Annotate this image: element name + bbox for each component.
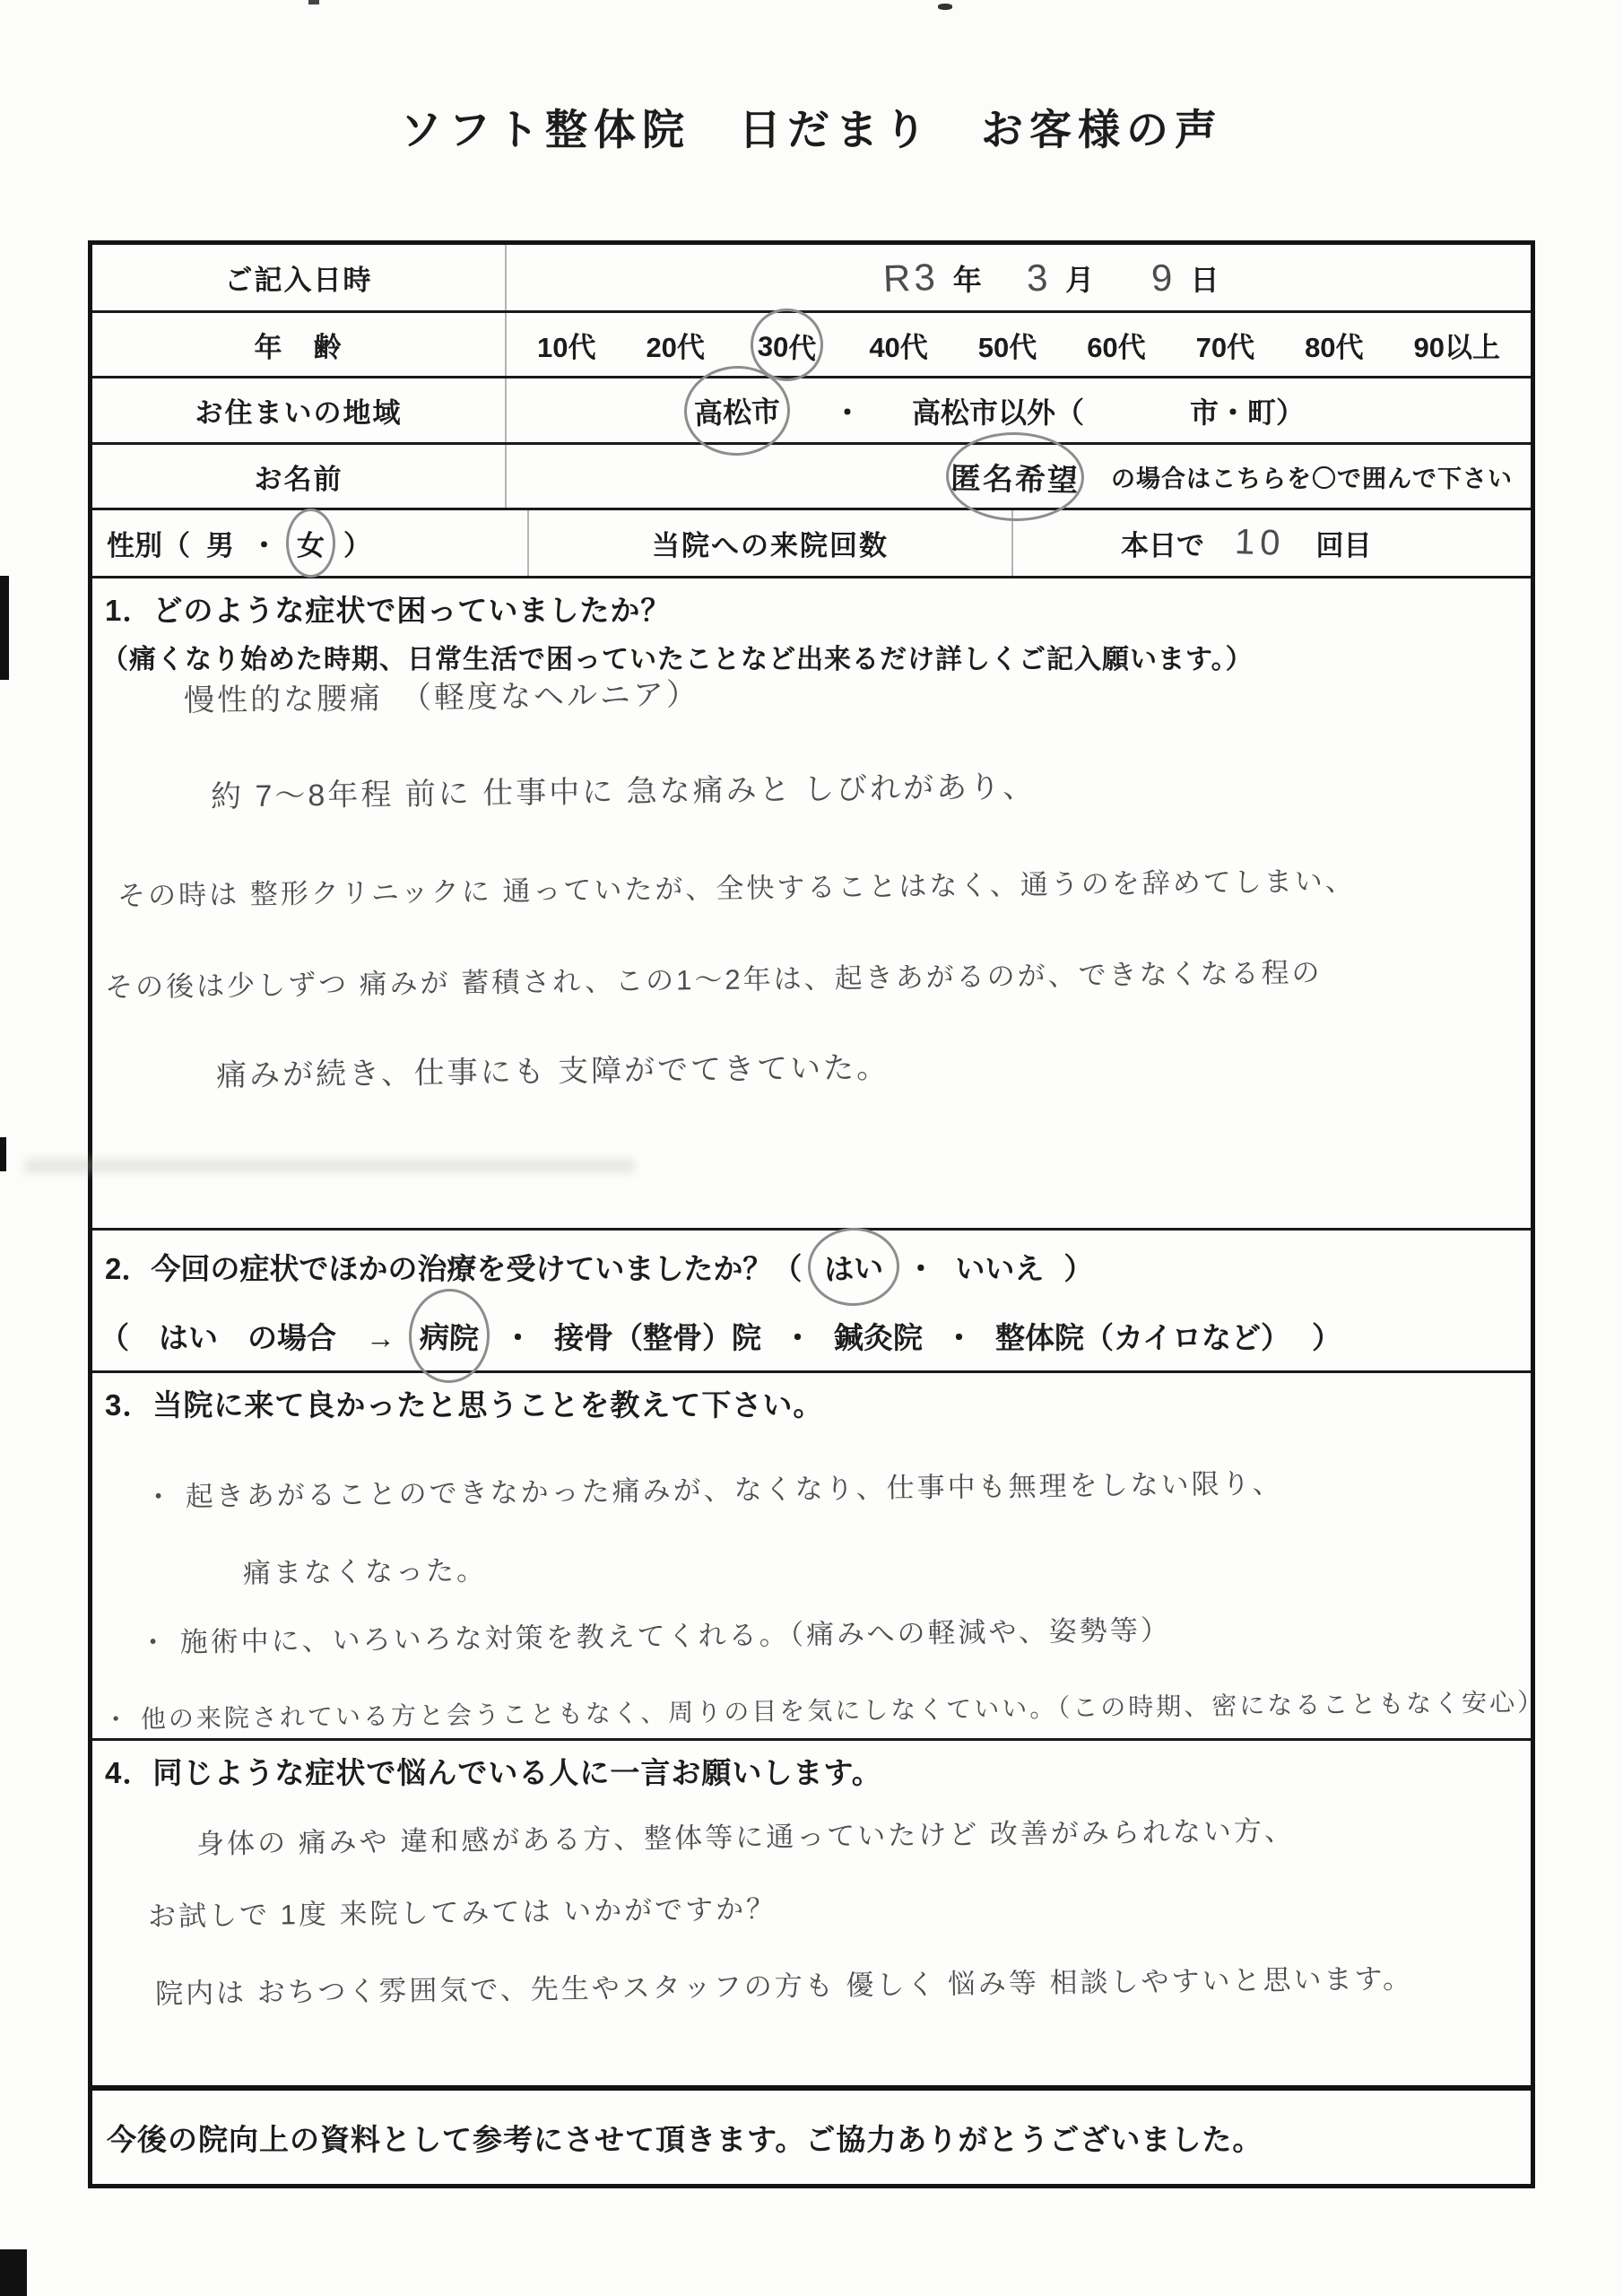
scan-smudge — [25, 1159, 635, 1173]
q3-answer-line: 痛まなくなった。 — [243, 1547, 488, 1590]
gender-prefix: 性別（ — [107, 523, 190, 563]
region-options: 高松市 ・ 高松市以外（ 市・町） — [507, 387, 1531, 434]
footer-text: 今後の院向上の資料として参考にさせて頂きます。ご協力ありがとうございました。 — [107, 2117, 1263, 2159]
age-option: 60代 — [1087, 325, 1145, 365]
footer-section: 今後の院向上の資料として参考にさせて頂きます。ご協力ありがとうございました。 — [92, 2091, 1531, 2184]
question-2-section: 2．今回の症状でほかの治療を受けていましたか？（ はい ・ いいえ ） （ はい… — [92, 1243, 1531, 1373]
date-month-unit: 月 — [1065, 257, 1094, 299]
q2-treatment-separator: ・ — [783, 1315, 812, 1357]
age-label: 年 齢 — [92, 313, 507, 376]
date-month-handwritten: 3 — [1026, 256, 1052, 300]
region-option-other-suffix: 市・町） — [1190, 390, 1305, 431]
q4-answer-line: 院内は おちつく雰囲気で、先生やスタッフの方も 優しく 悩み等 相談しやすいと思… — [155, 1955, 1413, 2011]
q2-treatment-option: 鍼灸院 — [834, 1315, 923, 1357]
q1-answer-line: 慢性的な腰痛 （軽度なヘルニア） — [184, 669, 700, 719]
age-option: 20代 — [646, 325, 704, 365]
age-option: 70代 — [1196, 325, 1254, 365]
q2-treatment-option: 整体院（カイロなど） — [995, 1315, 1290, 1357]
selection-circle-anonymous: 匿名希望 — [945, 430, 1085, 522]
date-label: ご記入日時 — [92, 245, 507, 310]
age-options: 10代 20代 30代 40代 50代 60代 70代 80代 90以上 — [507, 322, 1531, 368]
q3-answer-line: ・ 他の来院されている方と会うこともなく、周りの目を気にしなくていい。（この時期… — [103, 1683, 1546, 1736]
visits-suffix: 回目 — [1316, 523, 1372, 563]
question-1-heading: 1．どのような症状で困っていましたか？ — [105, 587, 1531, 630]
q2-option-yes: はい — [824, 1251, 884, 1286]
age-option: 50代 — [978, 325, 1037, 365]
selection-circle-yes: はい — [807, 1226, 901, 1308]
region-option-takamatsu: 高松市 — [693, 395, 780, 430]
visits-prefix: 本日で — [1121, 523, 1204, 563]
question-4-heading: 4．同じような症状で悩んでいる人に一言お願いします。 — [105, 1750, 1531, 1792]
q2-sub-suffix: ） — [1312, 1315, 1341, 1357]
scan-artifact — [0, 1137, 6, 1171]
visits-label: 当院への来院回数 — [529, 510, 1013, 576]
question-2-heading: 2．今回の症状でほかの治療を受けていましたか？（ はい ・ いいえ ） — [105, 1243, 1531, 1291]
gender-option-female: 女 — [297, 530, 325, 561]
region-option-other: 高松市以外（ — [912, 390, 1084, 431]
scan-artifact — [0, 576, 9, 680]
question-1-section: 1．どのような症状で困っていましたか？ （痛くなり始めた時期、日常生活で困ってい… — [92, 587, 1531, 1231]
date-day-unit: 日 — [1190, 257, 1219, 299]
age-option: 40代 — [869, 325, 927, 365]
page-title: ソフト整体院 日だまり お客様の声 — [0, 97, 1623, 157]
question-3-section: 3．当院に来て良かったと思うことを教えて下さい。 ・ 起きあがることのできなかっ… — [92, 1382, 1531, 1741]
question-3-heading: 3．当院に来て良かったと思うことを教えて下さい。 — [105, 1382, 1531, 1424]
date-day-handwritten: 9 — [1150, 256, 1176, 300]
question-2-subline: （ はい の場合 → 病院 ・ 接骨（整骨）院 ・ 鍼灸院 ・ 整体院（カイロな… — [100, 1312, 1531, 1360]
q2-sub-prefix: （ はい の場合 → — [100, 1315, 395, 1357]
gender-separator: ・ — [250, 523, 278, 563]
region-row: お住まいの地域 高松市 ・ 高松市以外（ 市・町） — [92, 378, 1531, 445]
q1-answer-line: 約 7～8年程 前に 仕事中に 急な痛みと しびれがあり、 — [211, 761, 1037, 815]
date-row: ご記入日時 R3 年 3 月 9 日 — [92, 245, 1531, 313]
q2-treatment-separator: ・ — [503, 1315, 533, 1357]
anonymous-option: 匿名希望 — [950, 461, 1081, 498]
q1-answer-line: その時は 整形クリニックに 通っていたが、全快することはなく、通うのを辞めてしま… — [117, 858, 1356, 914]
name-label: お名前 — [92, 445, 507, 508]
q3-answer-line: ・ 施術中に、いろいろな対策を教えてくれる。（痛みへの軽減や、姿勢等） — [139, 1607, 1171, 1660]
question-1-note: （痛くなり始めた時期、日常生活で困っていたことなど出来るだけ詳しくご記入願います… — [101, 637, 1531, 676]
age-option-selected: 30代 — [757, 330, 817, 364]
selection-circle-hospital: 病院 — [407, 1287, 491, 1384]
region-separator: ・ — [833, 390, 862, 431]
q4-answer-line: 身体の 痛みや 違和感がある方、整体等に通っていたけど 改善がみられない方、 — [196, 1808, 1295, 1862]
q2-heading-suffix: ） — [1063, 1246, 1093, 1288]
age-option: 10代 — [537, 325, 595, 365]
scanned-feedback-sheet: ソフト整体院 日だまり お客様の声 ご記入日時 R3 年 3 月 9 日 年 齢… — [0, 0, 1623, 2296]
anonymous-note: の場合はこちらを〇で囲んで下さい — [1111, 459, 1513, 494]
q2-heading-prefix: 2．今回の症状でほかの治療を受けていましたか？（ — [105, 1246, 802, 1288]
q2-treatment-option: 接骨（整骨）院 — [554, 1315, 761, 1357]
age-option: 90以上 — [1414, 325, 1500, 365]
visits-count-handwritten: 10 — [1234, 522, 1286, 564]
q1-answer-line: その後は少しずつ 痛みが 蓄積され、この1～2年は、起きあがるのが、できなくなる… — [105, 950, 1323, 1005]
scan-artifact — [938, 4, 952, 10]
q1-answer-line: 痛みが続き、仕事にも 支障がでてきていた。 — [216, 1042, 890, 1094]
date-value: R3 年 3 月 9 日 — [507, 257, 1531, 300]
name-value: 匿名希望 の場合はこちらを〇で囲んで下さい — [507, 452, 1531, 501]
selection-circle-gender: 女 — [286, 509, 335, 578]
scan-artifact — [0, 2249, 27, 2296]
question-4-section: 4．同じような症状で悩んでいる人に一言お願いします。 身体の 痛みや 違和感があ… — [92, 1750, 1531, 2091]
age-option: 80代 — [1305, 325, 1363, 365]
name-row: お名前 匿名希望 の場合はこちらを〇で囲んで下さい — [92, 445, 1531, 510]
gender-visits-row: 性別（ 男 ・ 女 ） 当院への来院回数 本日で 10 回目 — [92, 510, 1531, 578]
q2-treatment-separator: ・ — [944, 1315, 974, 1357]
visits-value: 本日で 10 回目 — [1013, 523, 1531, 563]
q2-separator: ・ — [906, 1246, 935, 1288]
q2-treatment-option: 病院 — [419, 1320, 479, 1355]
q2-option-no: いいえ — [955, 1246, 1044, 1288]
scan-artifact — [308, 0, 319, 4]
q4-answer-line: お試しで 1度 来院してみては いかがですか？ — [148, 1886, 777, 1935]
gender-cell: 性別（ 男 ・ 女 ） — [92, 510, 529, 576]
date-era-handwritten: R3 — [882, 255, 939, 300]
region-label: お住まいの地域 — [92, 378, 507, 442]
date-era-unit: 年 — [953, 257, 982, 299]
gender-suffix: ） — [343, 523, 371, 563]
feedback-form: ご記入日時 R3 年 3 月 9 日 年 齢 10代 20代 30代 40代 5… — [88, 240, 1535, 2188]
q3-answer-line: ・ 起きあがることのできなかった痛みが、なくなり、仕事中も無理をしない限り、 — [144, 1460, 1283, 1515]
gender-option-male: 男 — [206, 523, 234, 563]
age-row: 年 齢 10代 20代 30代 40代 50代 60代 70代 80代 90以上 — [92, 313, 1531, 378]
